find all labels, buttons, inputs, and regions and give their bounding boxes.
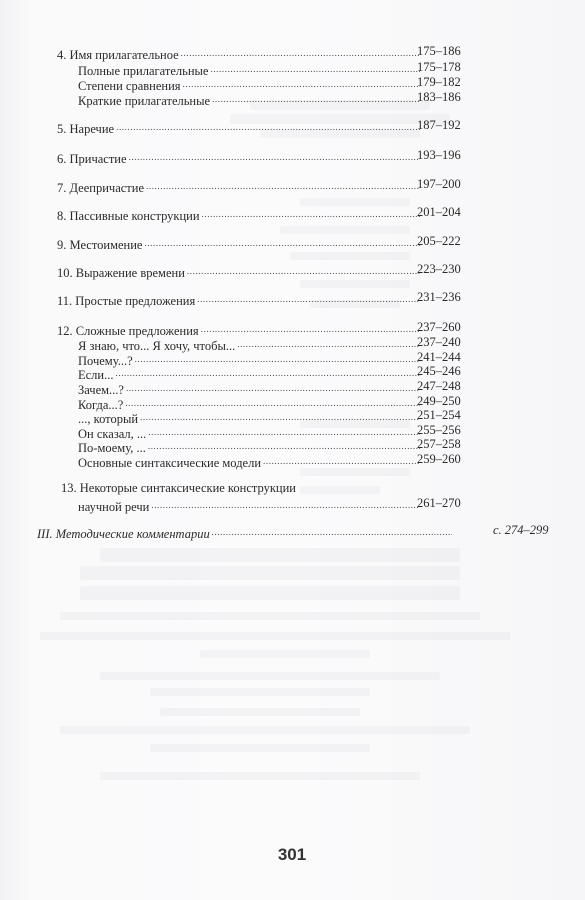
toc-entry-pages: 249–250 — [417, 394, 477, 409]
toc-entry-label: научной речи — [78, 500, 151, 515]
toc-entry-label: 11. Простые предложения — [57, 294, 197, 309]
toc-entry: Почему...? 241–244 — [78, 350, 420, 365]
dot-leader — [140, 408, 420, 423]
dot-leader — [146, 177, 420, 192]
toc-entry-pages: 183–186 — [417, 90, 477, 105]
toc-entry-pages: 237–240 — [417, 335, 477, 350]
toc-entry: Он сказал, ... 255–256 — [78, 423, 420, 438]
dot-leader — [181, 44, 420, 59]
dot-leader — [237, 335, 420, 350]
toc-entry-label: Краткие прилагательные — [78, 94, 212, 109]
dot-leader — [187, 262, 420, 277]
dot-leader — [212, 90, 420, 105]
toc-entry-pages: 201–204 — [417, 205, 477, 220]
toc-entry-label: 9. Местоимение — [57, 238, 144, 253]
toc-entry-label: Основные синтаксические модели — [78, 456, 263, 471]
toc-entry: По-моему, ... 257–258 — [78, 437, 420, 452]
toc-entry: 10. Выражение времени 223–230 — [57, 262, 420, 277]
toc-entry: Полные прилагательные 175–178 — [78, 60, 420, 75]
dot-leader — [144, 234, 420, 249]
toc-entry: 11. Простые предложения 231–236 — [57, 290, 420, 305]
toc-entry-pages: 231–236 — [417, 290, 477, 305]
toc-entry-label: 6. Причастие — [57, 152, 129, 167]
toc-entry-pages: 197–200 — [417, 177, 477, 192]
toc-entry-pages: 257–258 — [417, 437, 477, 452]
toc-entry: Краткие прилагательные 183–186 — [78, 90, 420, 105]
book-page: 4. Имя прилагательное 175–186 Полные при… — [0, 0, 585, 900]
toc-entry: Когда...? 249–250 — [78, 394, 420, 409]
toc-entry: Я знаю, что... Я хочу, чтобы... 237–240 — [78, 335, 420, 350]
dot-leader — [202, 205, 420, 220]
dot-leader — [148, 423, 420, 438]
toc-entry: 12. Сложные предложения 237–260 — [57, 320, 420, 335]
toc-entry-label: 13. Некоторые синтаксические конструкции — [61, 481, 298, 496]
toc-section-label: III. Методические комментарии — [37, 527, 212, 542]
toc-entry-pages: 245–246 — [417, 364, 477, 379]
dot-leader — [263, 452, 420, 467]
toc-entry-pages: 179–182 — [417, 75, 477, 90]
dot-leader — [126, 379, 420, 394]
toc-section-pages: с. 274–299 — [493, 523, 553, 538]
toc-entry-pages: 261–270 — [417, 496, 477, 511]
toc-entry: 5. Наречие 187–192 — [57, 118, 420, 133]
toc-entry-pages: 223–230 — [417, 262, 477, 277]
toc-section: III. Методические комментарии с. 274–299 — [37, 523, 542, 538]
toc-entry: Основные синтаксические модели 259–260 — [78, 452, 420, 467]
toc-entry-pages: 251–254 — [417, 408, 477, 423]
page-number: 301 — [262, 845, 322, 865]
toc-entry-pages: 187–192 — [417, 118, 477, 133]
toc-entry-pages: 247–248 — [417, 379, 477, 394]
toc-entry-label: 10. Выражение времени — [57, 266, 187, 281]
dot-leader — [183, 75, 420, 90]
toc-entry: научной речи 261–270 — [78, 496, 420, 511]
toc-entry: 6. Причастие 193–196 — [57, 148, 420, 163]
dot-leader — [116, 118, 420, 133]
toc-entry-pages: 205–222 — [417, 234, 477, 249]
toc-entry: 4. Имя прилагательное 175–186 — [57, 44, 420, 59]
toc-entry: ..., который 251–254 — [78, 408, 420, 423]
toc-entry: Зачем...? 247–248 — [78, 379, 420, 394]
dot-leader — [135, 350, 420, 365]
toc-entry-pages: 255–256 — [417, 423, 477, 438]
toc-entry-label: 5. Наречие — [57, 122, 116, 137]
dot-leader — [210, 60, 420, 75]
toc-entry-pages: 237–260 — [417, 320, 477, 335]
toc-entry-label: 7. Деепричастие — [57, 181, 146, 196]
toc-entry-pages: 241–244 — [417, 350, 477, 365]
toc-entry: 9. Местоимение 205–222 — [57, 234, 420, 249]
toc-entry-pages: 193–196 — [417, 148, 477, 163]
toc-entry: 13. Некоторые синтаксические конструкции — [61, 481, 361, 496]
dot-leader — [197, 290, 420, 305]
toc-entry-label: 8. Пассивные конструкции — [57, 209, 202, 224]
toc-entry: 7. Деепричастие 197–200 — [57, 177, 420, 192]
dot-leader — [151, 496, 420, 511]
dot-leader — [212, 523, 452, 538]
dot-leader — [148, 437, 420, 452]
toc-entry: Степени сравнения 179–182 — [78, 75, 420, 90]
toc-entry-pages: 175–186 — [417, 44, 477, 59]
dot-leader — [129, 148, 420, 163]
toc-entry: 8. Пассивные конструкции 201–204 — [57, 205, 420, 220]
toc-entry-pages: 175–178 — [417, 60, 477, 75]
dot-leader — [116, 364, 421, 379]
dot-leader — [201, 320, 420, 335]
toc-entry: Если... 245–246 — [78, 364, 420, 379]
dot-leader — [125, 394, 420, 409]
toc-entry-pages: 259–260 — [417, 452, 477, 467]
